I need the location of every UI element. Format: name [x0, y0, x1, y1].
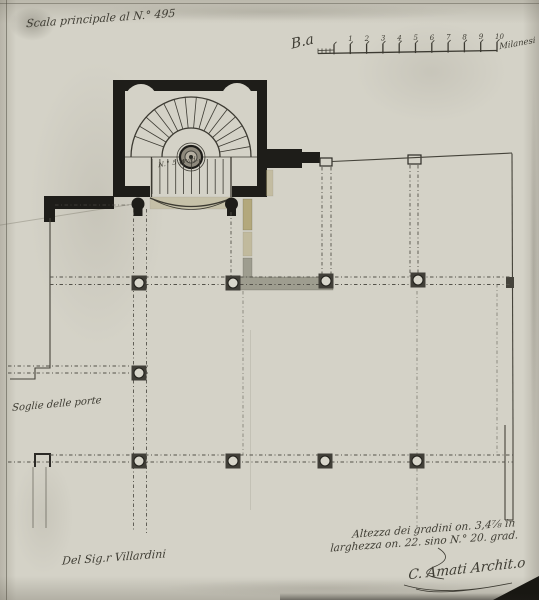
floor-plan-drawing: 12345678910 — [0, 0, 539, 600]
plan-left-boundary — [10, 218, 50, 379]
svg-text:4: 4 — [396, 34, 401, 42]
plan-top-boundary — [332, 153, 512, 162]
svg-text:8: 8 — [462, 33, 467, 41]
bow-steps — [132, 197, 239, 216]
plan-right-boundary — [505, 154, 514, 521]
axis-lines — [8, 165, 513, 533]
svg-text:1: 1 — [348, 35, 352, 43]
svg-text:3: 3 — [381, 35, 386, 43]
svg-text:5: 5 — [414, 34, 419, 42]
wall-pier — [408, 155, 421, 164]
photo-edge-shadow — [280, 593, 539, 600]
right-wing-wall — [267, 149, 320, 168]
svg-text:2: 2 — [364, 35, 370, 43]
scale-bar: 12345678910 — [318, 33, 504, 55]
svg-text:6: 6 — [430, 34, 435, 42]
corner-niche-right — [221, 83, 253, 115]
svg-text:9: 9 — [479, 33, 484, 41]
left-wall-step — [33, 454, 50, 528]
wall-pier — [320, 158, 332, 166]
svg-text:10: 10 — [495, 33, 504, 41]
left-wing-wall — [44, 196, 114, 222]
scanned-drawing-sheet: 12345678910 — [0, 0, 539, 600]
staircase-block — [113, 80, 267, 198]
svg-text:7: 7 — [446, 34, 451, 42]
column-symbols — [132, 273, 426, 469]
